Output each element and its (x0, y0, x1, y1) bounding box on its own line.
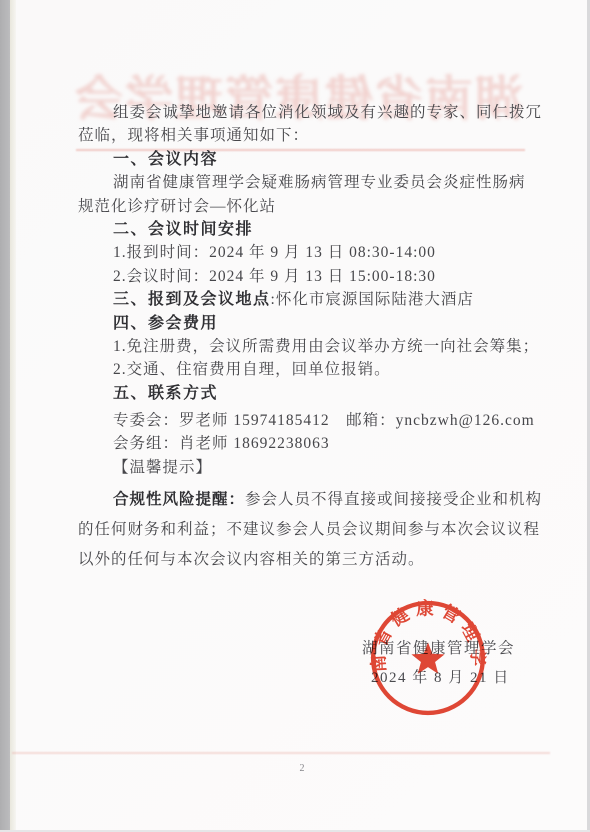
section5-heading: 五、联系方式 (78, 382, 530, 405)
section2-heading: 二、会议时间安排 (78, 218, 530, 241)
compliance-text-1: 参会人员不得直接或间接接受企业和机构 (245, 491, 542, 508)
section1-line-2: 规范化诊疗研讨会—怀化站 (78, 195, 530, 218)
section4-heading: 四、参会费用 (78, 312, 530, 335)
section2-item-1: 1.报到时间：2024 年 9 月 13 日 08:30-14:00 (78, 241, 530, 264)
compliance-line-2: 的任何财务和利益；不建议参会人员会议期间参与本次会议议程 (78, 515, 530, 545)
scan-edge-left-inner (10, 0, 16, 832)
section1-line-1: 湖南省健康管理学会疑难肠病管理专业委员会炎症性肠病 (78, 171, 530, 194)
section3-value: :怀化市宸源国际陆港大酒店 (271, 291, 474, 308)
contact-line-2: 会务组：肖老师 18692238063 (78, 432, 530, 455)
scanned-notice-page: 湖南省健康管理学会 组委会诚挚地邀请各位消化领域及有兴趣的专家、同仁拨冗 莅临，… (0, 0, 590, 832)
section3-heading: 三、报到及会议地点 (113, 291, 271, 308)
compliance-bold-lead: 合规性风险提醒： (113, 491, 245, 508)
section4-item-2: 2.交通、住宿费用自理，回单位报销。 (78, 358, 530, 381)
scan-edge-left (0, 0, 10, 832)
intro-line-2: 莅临，现将相关事项通知如下： (78, 124, 530, 147)
intro-line-1: 组委会诚挚地邀请各位消化领域及有兴趣的专家、同仁拨冗 (78, 101, 530, 124)
seal-star-icon (411, 642, 444, 674)
compliance-line-3: 以外的任何与本次会议内容相关的第三方活动。 (78, 545, 530, 575)
bleedthrough-rule-bottom (12, 752, 550, 754)
tips-heading: 【温馨提示】 (78, 456, 530, 479)
contact-line-1: 专委会：罗老师 15974185412 邮箱：yncbzwh@126.com (78, 409, 530, 432)
section2-item-2: 2.会议时间：2024 年 9 月 13 日 15:00-18:30 (78, 265, 530, 288)
page-number: 2 (294, 763, 310, 774)
section3-line: 三、报到及会议地点:怀化市宸源国际陆港大酒店 (78, 288, 530, 311)
notice-body: 组委会诚挚地邀请各位消化领域及有兴趣的专家、同仁拨冗 莅临，现将相关事项通知如下… (78, 101, 530, 575)
compliance-line-1: 合规性风险提醒：参会人员不得直接或间接接受企业和机构 (78, 485, 530, 515)
official-seal: 湖南省健康管理学会 (367, 597, 489, 719)
section4-item-1: 1.免注册费，会议所需费用由会议举办方统一向社会筹集； (78, 335, 530, 358)
section1-heading: 一、会议内容 (78, 148, 530, 171)
